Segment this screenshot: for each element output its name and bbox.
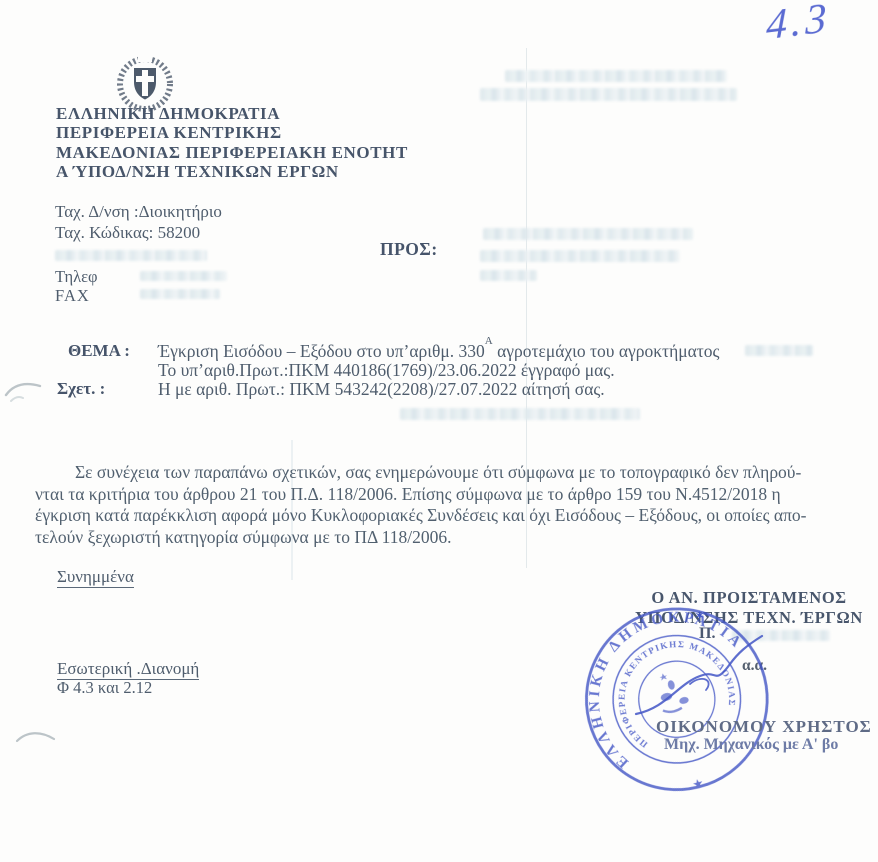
phone-label: Τηλεφ <box>55 267 98 287</box>
signatory-name: ΟΙΚΟΝΟΜΟΥ ΧΡΗΣΤΟΣ <box>656 717 872 737</box>
internal-distribution-files: Φ 4.3 και 2.12 <box>57 678 152 698</box>
attachments-heading: Συνημμένα <box>57 567 134 587</box>
body-line-1: Σε συνέχεια των παραπάνω σχετικών, σας ε… <box>35 462 807 484</box>
body-line-2: νται τα κριτήρια του άρθρου 21 του Π.Δ. … <box>35 484 807 506</box>
subject-line-2: Το υπ’αριθ.Πρωτ.:ΠΚΜ 440186(1769)/23.06.… <box>158 360 615 381</box>
subject-line-1-superscript: Α <box>485 335 493 347</box>
to-label: ΠΡΟΣ: <box>380 239 438 260</box>
redacted-subject-continuation <box>745 345 813 356</box>
reference-text: Η με αριθ. Πρωτ.: ΠΚΜ 543242(2208)/27.07… <box>158 379 605 400</box>
pencil-check-mark <box>4 376 48 404</box>
handwritten-signature <box>624 622 784 727</box>
redacted-fax-number <box>140 289 220 299</box>
redacted-recipient-line-2 <box>480 250 680 262</box>
header-line-1: ΕΛΛΗΝΙΚΗ ΔΗΜΟΚΡΑΤΙΑ <box>56 104 408 123</box>
body-paragraph: Σε συνέχεια των παραπάνω σχετικών, σας ε… <box>35 462 807 548</box>
subject-line-1-post: αγροτεμάχιο του αγροκτήματος <box>493 341 720 361</box>
redacted-recipient-line-3 <box>480 270 537 281</box>
header-line-3: ΜΑΚΕΔΟΝΙΑΣ ΠΕΡΙΦΕΡΕΙΑΚΗ ΕΝΟΤΗΤ <box>56 143 408 162</box>
body-line-3: έγκριση κατά παρέκκλιση αφορά μόνο Κυκλο… <box>35 505 807 527</box>
scanned-document-page: 4.3 ΕΛΛΗΝΙΚΗ ΔΗΜΟΚΡΑΤΙΑ ΠΕΡΙΦΕΡΕΙΑ ΚΕΝΤΡ… <box>0 0 878 862</box>
redacted-city-date-line <box>505 70 727 82</box>
redacted-reference-line-2 <box>400 408 640 420</box>
redacted-protocol-number-line <box>480 88 737 101</box>
internal-distribution-heading: Εσωτερική .Διανομή <box>57 659 199 679</box>
signatory-role: Μηχ. Μηχανικός με Α' βο <box>664 736 838 754</box>
subject-label: ΘΕΜΑ : <box>68 341 130 361</box>
redacted-phone-number <box>140 271 227 281</box>
agency-header-block: ΕΛΛΗΝΙΚΗ ΔΗΜΟΚΡΑΤΙΑ ΠΕΡΙΦΕΡΕΙΑ ΚΕΝΤΡΙΚΗΣ… <box>56 104 408 182</box>
attachments-label: Συνημμένα <box>57 567 134 588</box>
pencil-arc-mark <box>14 728 60 748</box>
handwritten-filing-note: 4.3 <box>766 0 831 50</box>
postal-code-line: Ταχ. Κώδικας: 58200 <box>55 223 200 243</box>
subject-line-1-pre: Έγκριση Εισόδου – Εξόδου στο υπ’αριθμ. 3… <box>158 341 485 361</box>
header-line-4: Α ΎΠΟΔ/ΝΣΗ ΤΕΧΝΙΚΩΝ ΕΡΓΩΝ <box>56 162 408 181</box>
body-line-4: τελούν ξεχωριστή κατηγορία σύμφωνα με το… <box>35 527 807 549</box>
postal-address-line: Ταχ. Δ/νση :Διοικητήριο <box>55 202 222 222</box>
redacted-recipient-line-1 <box>483 228 693 240</box>
internal-distribution-label: Εσωτερική .Διανομή <box>57 659 199 680</box>
header-line-2: ΠΕΡΙΦΕΡΕΙΑ ΚΕΝΤΡΙΚΗΣ <box>56 123 408 142</box>
redacted-contact-line <box>55 250 207 261</box>
subject-line-1: Έγκριση Εισόδου – Εξόδου στο υπ’αριθμ. 3… <box>158 341 719 362</box>
fax-label: FAX <box>55 286 90 306</box>
reference-label: Σχετ. : <box>57 379 105 399</box>
stamp-bottom-star-icon: ★ <box>691 776 705 792</box>
